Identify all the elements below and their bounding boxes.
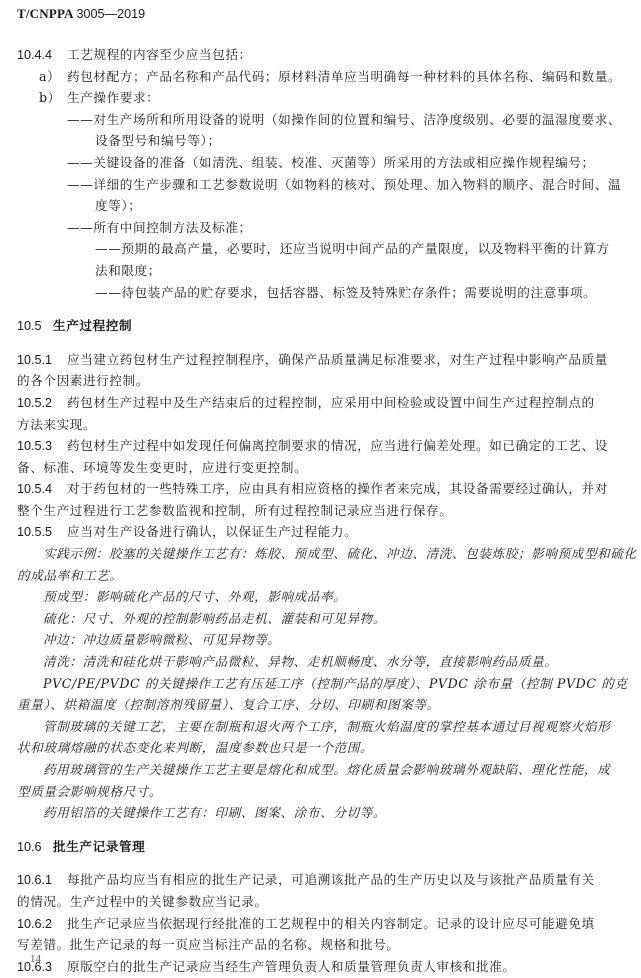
clause-text: 应当建立药包材生产过程控制程序，确保产品质量满足标准要求，对生产过程中影响产品质… bbox=[67, 352, 608, 367]
example-trimming: 冲边：冲边质量影响微粒、可见异物等。 bbox=[17, 629, 629, 651]
example-preforming: 预成型：影响硫化产品的尺寸、外观，影响成品率。 bbox=[17, 586, 629, 608]
clause-10-5-3: 10.5.3药包材生产过程中如发现任何偏离控制要求的情况，应当进行偏差处理。如已… bbox=[17, 435, 629, 457]
clause-number: 10.5.1 bbox=[17, 350, 67, 372]
example-pvc-cont: 重量）、烘箱温度（控制溶剂残留量）、复合工序、分切、印刷和图案等。 bbox=[17, 694, 629, 716]
sub-dash-item-2: ——待包装产品的贮存要求，包括容器、标签及特殊贮存条件；需要说明的注意事项。 bbox=[17, 282, 629, 304]
clause-text: 对于药包材的一些特殊工序，应由具有相应资格的操作者来完成，其设备需要经过确认，并… bbox=[67, 481, 608, 496]
dash-item-3-cont: 度等）； bbox=[17, 195, 629, 217]
clause-10-5-5: 10.5.5应当对生产设备进行确认，以保证生产过程能力。 bbox=[17, 521, 629, 543]
clause-text: 原版空白的批生产记录应当经生产管理负责人和质量管理负责人审核和批准。 bbox=[67, 959, 516, 974]
list-item-a: a）药包材配方；产品名称和产品代码；原材料清单应当明确每一种材料的具体名称、编码… bbox=[17, 66, 629, 88]
clause-text: 药包材生产过程中如发现任何偏离控制要求的情况，应当进行偏差处理。如已确定的工艺、… bbox=[67, 438, 608, 453]
clause-text: 每批产品均应当有相应的批生产记录，可追溯该批产品的生产历史以及与该批产品质量有关 bbox=[67, 872, 595, 887]
document-page: T/CNPPA 3005—2019 10.4.4工艺规程的内容至少应当包括： a… bbox=[0, 0, 641, 978]
section-title: 批生产记录管理 bbox=[53, 839, 145, 854]
example-paragraph-1: 实践示例：胶塞的关键操作工艺有：炼胶、预成型、硫化、冲边、清洗、包装炼胶；影响预… bbox=[17, 543, 629, 565]
standard-code: T/CNPPA bbox=[17, 6, 73, 21]
clause-10-6-2: 10.6.2批生产记录应当依据现行经批准的工艺规程中的相关内容制定。记录的设计应… bbox=[17, 913, 629, 935]
clause-text: 应当对生产设备进行确认，以保证生产过程能力。 bbox=[67, 524, 357, 539]
example-tubular-glass: 管制玻璃的关键工艺，主要在制瓶和退火两个工序，制瓶火焰温度的掌控基本通过目视观察… bbox=[17, 716, 629, 738]
clause-text: 药包材生产过程中及生产结束后的过程控制，应采用中间检验或设置中间生产过程控制点的 bbox=[67, 395, 595, 410]
clause-number: 10.6.2 bbox=[17, 914, 67, 936]
dash-item-1: ——对生产场所和所用设备的说明（如操作间的位置和编号、洁净度级别、必要的温湿度要… bbox=[17, 109, 629, 131]
clause-10-6-3: 10.6.3原版空白的批生产记录应当经生产管理负责人和质量管理负责人审核和批准。 bbox=[17, 956, 629, 978]
document-body: 10.4.4工艺规程的内容至少应当包括： a）药包材配方；产品名称和产品代码；原… bbox=[17, 44, 629, 977]
example-glass-tube: 药用玻璃管的生产关键操作工艺主要是熔化和成型。熔化质量会影响玻璃外观缺陷、理化性… bbox=[17, 759, 629, 781]
clause-number: 10.5.2 bbox=[17, 393, 67, 415]
clause-10-5-4: 10.5.4对于药包材的一些特殊工序，应由具有相应资格的操作者来完成，其设备需要… bbox=[17, 478, 629, 500]
list-label: b） bbox=[39, 87, 67, 109]
clause-10-6-1-cont: 的情况。生产过程中的关键参数应当记录。 bbox=[17, 891, 629, 913]
list-text: 生产操作要求： bbox=[67, 90, 159, 105]
dash-item-2: ——关键设备的准备（如清洗、组装、校准、灭菌等）所采用的方法或相应操作规程编号； bbox=[17, 152, 629, 174]
example-tubular-glass-cont: 状和玻璃熔融的状态变化来判断，温度参数也只是一个范围。 bbox=[17, 737, 629, 759]
clause-number: 10.4.4 bbox=[17, 45, 67, 67]
clause-10-5-1: 10.5.1应当建立药包材生产过程控制程序，确保产品质量满足标准要求，对生产过程… bbox=[17, 349, 629, 371]
example-vulcanization: 硫化：尺寸、外观的控制影响药品走机、灌装和可见异物。 bbox=[17, 608, 629, 630]
sub-dash-item-1-cont: 法和限度； bbox=[17, 260, 629, 282]
page-number: 14 bbox=[30, 953, 41, 965]
clause-10-5-3-cont: 备、标准、环境等发生变更时，应进行变更控制。 bbox=[17, 457, 629, 479]
sub-dash-item-1: ——预期的最高产量，必要时，还应当说明中间产品的产量限度，以及物料平衡的计算方 bbox=[17, 238, 629, 260]
example-paragraph-1-cont: 的成品率和工艺。 bbox=[17, 565, 629, 587]
clause-10-6-2-cont: 写差错。批生产记录的每一页应当标注产品的名称、规格和批号。 bbox=[17, 934, 629, 956]
example-glass-tube-cont: 型质量会影响规格尺寸。 bbox=[17, 781, 629, 803]
clause-number: 10.5.3 bbox=[17, 436, 67, 458]
dash-item-4: ——所有中间控制方法及标准； bbox=[17, 217, 629, 239]
clause-number: 10.5.4 bbox=[17, 479, 67, 501]
section-heading-10-5: 10.5生产过程控制 bbox=[17, 315, 629, 337]
clause-text: 批生产记录应当依据现行经批准的工艺规程中的相关内容制定。记录的设计应尽可能避免填 bbox=[67, 916, 595, 931]
clause-10-5-2-cont: 方法来实现。 bbox=[17, 414, 629, 436]
clause-number: 10.5.5 bbox=[17, 522, 67, 544]
standard-header: T/CNPPA 3005—2019 bbox=[17, 6, 145, 22]
dash-item-3: ——详细的生产步骤和工艺参数说明（如物料的核对、预处理、加入物料的顺序、混合时间… bbox=[17, 174, 629, 196]
list-item-b: b）生产操作要求： bbox=[17, 87, 629, 109]
dash-item-1-cont: 设备型号和编号等）； bbox=[17, 130, 629, 152]
example-cleaning: 清洗：清洗和硅化烘干影响产品微粒、异物、走机顺畅度、水分等，直接影响药品质量。 bbox=[17, 651, 629, 673]
clause-number: 10.6.3 bbox=[17, 957, 67, 978]
clause-10-6-1: 10.6.1每批产品均应当有相应的批生产记录，可追溯该批产品的生产历史以及与该批… bbox=[17, 869, 629, 891]
clause-10-5-4-cont: 整个生产过程进行工艺参数监视和控制，所有过程控制记录应当进行保存。 bbox=[17, 500, 629, 522]
section-title: 生产过程控制 bbox=[53, 318, 132, 333]
clause-text: 工艺规程的内容至少应当包括： bbox=[67, 47, 252, 62]
clause-number: 10.6.1 bbox=[17, 870, 67, 892]
clause-10-4-4: 10.4.4工艺规程的内容至少应当包括： bbox=[17, 44, 629, 66]
section-number: 10.6 bbox=[17, 837, 53, 859]
example-aluminum-foil: 药用铝箔的关键操作工艺有：印刷、图案、涂布、分切等。 bbox=[17, 802, 629, 824]
clause-10-5-2: 10.5.2药包材生产过程中及生产结束后的过程控制，应采用中间检验或设置中间生产… bbox=[17, 392, 629, 414]
list-label: a） bbox=[39, 66, 67, 88]
standard-number: 3005—2019 bbox=[77, 7, 146, 21]
section-number: 10.5 bbox=[17, 316, 53, 338]
section-heading-10-6: 10.6批生产记录管理 bbox=[17, 836, 629, 858]
list-text: 药包材配方；产品名称和产品代码；原材料清单应当明确每一种材料的具体名称、编码和数… bbox=[67, 69, 621, 84]
example-pvc: PVC/PE/PVDC 的关键操作工艺有压延工序（控制产品的厚度）、PVDC 涂… bbox=[17, 673, 629, 695]
clause-10-5-1-cont: 的各个因素进行控制。 bbox=[17, 370, 629, 392]
